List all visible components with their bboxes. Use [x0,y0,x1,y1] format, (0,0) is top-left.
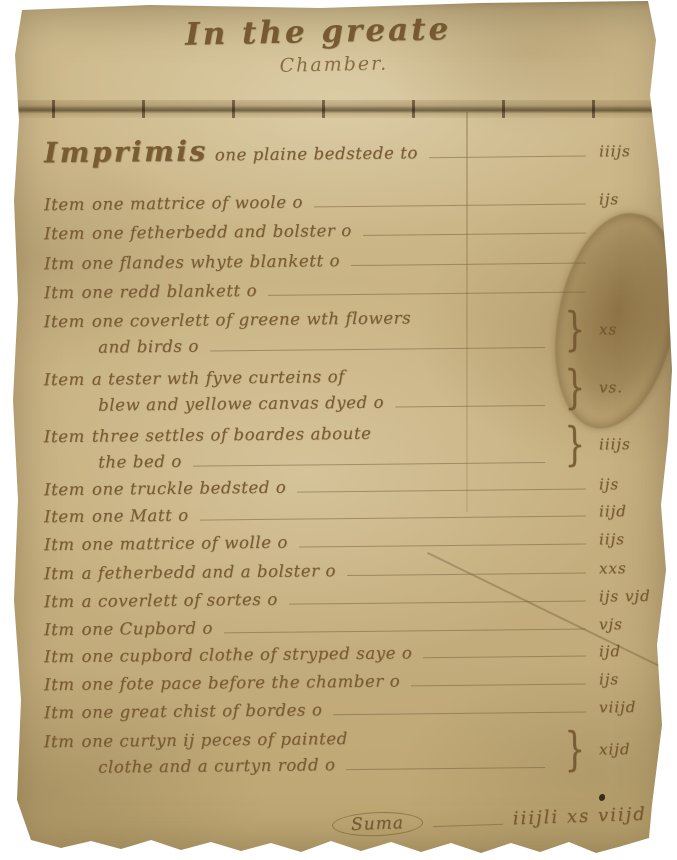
item-text: one flandes whyte blankett o [82,251,341,273]
leader-line [289,590,586,604]
item-lead-word: Itm [44,675,75,694]
item-text: one cupbord clothe of stryped saye o [82,643,413,665]
inventory-item-row: Itema tester wth fyve curteins ofblew an… [44,361,662,419]
inventory-item-row: Imprimisone plaine bedstede toiiijs [44,133,661,167]
item-value: iijs [599,530,661,549]
item-text: one fote pace before the chamber o [82,672,401,694]
leader-line [395,395,545,408]
item-text-block: Itemone coverlett of greene wth flowersa… [44,304,552,361]
item-text: three settles of boardes aboute [92,421,372,450]
item-lead-word: Itm [44,729,75,755]
item-lead-word: Itm [44,592,75,611]
item-value: vs. [599,378,661,397]
leader-line [299,533,586,547]
item-text: a fetherbedd and a bolster o [82,561,337,583]
leader-line [423,645,586,658]
item-text: one mattrice of woole o [92,193,303,214]
leader-line [433,814,503,828]
inventory-item-row: Itmone Cupbord ovjs [44,614,661,639]
item-text: and birds o [98,334,199,361]
item-text: one Matt o [92,506,189,526]
item-value: ijd [599,642,661,661]
item-value: viijd [599,698,661,717]
item-text: one coverlett of greene wth flowers [92,305,412,334]
item-text-line: blew and yellowe canvas dyed o [44,388,551,419]
inventory-item-row: Itemthree settles of boardes aboutethe b… [44,418,662,476]
inventory-item-row: Itemone Matt oiijd [44,501,661,526]
item-text-line: clothe and a curtyn rodd o [44,750,551,781]
leader-line [411,673,586,686]
brace-glyph: } [564,424,585,466]
brace-glyph: } [564,729,585,771]
inventory-item-row: Itemone mattrice of woole oijs [44,189,661,214]
leader-line [210,337,545,352]
item-text-block: Itemthree settles of boardes aboutethe b… [44,419,552,476]
leader-line [314,193,586,207]
stitched-seam [0,100,677,118]
item-text: one mattrice of wolle o [82,533,289,554]
inventory-item-row: Itmone curtyn ij peces of paintedclothe … [44,723,662,781]
leader-line [429,145,586,158]
inventory-item-row: Itmone fote pace before the chamber oijs [44,669,661,694]
item-text: one redd blankett o [82,281,258,302]
inventory-item-row: Itmone flandes whyte blankett o [44,248,661,273]
item-text: a tester wth fyve curteins of [92,364,345,393]
item-value: vjs [599,615,661,634]
inventory-item-row: Itemone truckle bedsted oijs [44,474,661,499]
item-lead-word: Item [44,224,85,243]
item-value: xs [599,320,661,339]
leader-line [363,222,586,236]
inventory-item-row: Itmone great chist of bordes oviijd [44,697,661,722]
item-value: ijs vjd [599,587,661,606]
item-text-line: and birds o [44,330,551,361]
item-lead-word: Itm [44,254,75,273]
item-value [599,292,661,293]
item-value: ijs [599,670,661,689]
item-lead-word: Item [44,309,85,335]
item-lead-word: Itm [44,703,75,722]
sum-label: Suma [332,811,424,838]
item-lead-word: Itm [44,620,75,639]
inventory-item-row: Itma coverlett of sortes oijs vjd [44,586,661,611]
leader-line [297,478,586,492]
inventory-item-row: Itemone coverlett of greene wth flowersa… [44,303,662,361]
item-lead-word: Imprimis [44,138,208,168]
item-text: one curtyn ij peces of painted [81,726,348,755]
inventory-item-row: Itemone fetherbedd and bolster o [44,218,661,243]
item-value [599,263,661,264]
item-value [599,233,661,234]
item-value: xxs [599,559,661,578]
item-value: ijs [599,190,661,209]
item-text-block: Itmone curtyn ij peces of paintedclothe … [44,724,552,781]
item-text-block: Itema tester wth fyve curteins ofblew an… [44,362,552,419]
item-value: iiijs [599,435,661,454]
item-text: clothe and a curtyn rodd o [98,752,336,780]
item-lead-word: Item [44,480,85,499]
brace-glyph: } [564,309,585,351]
page-heading: In the greate Chamber. [0,7,638,82]
brace-glyph: } [564,367,585,409]
manuscript-scan: In the greate Chamber. Imprimisone plain… [0,0,677,860]
item-text-line: the bed o [44,445,551,476]
item-value: iiijs [599,142,661,161]
item-text: one Cupbord o [82,618,214,638]
sum-row: Suma iiijli xs viijd [332,802,658,837]
inventory-item-row: Itmone mattrice of wolle oiijs [44,529,661,554]
ink-dot [599,794,605,801]
leader-line [268,281,586,296]
leader-line [346,757,545,770]
parchment-page: In the greate Chamber. Imprimisone plain… [0,0,677,860]
item-text: one plaine bedstede to [215,143,418,164]
inventory-item-row: Itma fetherbedd and a bolster oxxs [44,558,661,583]
leader-line [347,562,586,576]
item-lead-word: Itm [44,535,75,554]
item-lead-word: Itm [44,564,75,583]
item-value: iijd [599,502,661,521]
item-text: one fetherbedd and bolster o [92,221,352,243]
sum-value: iiijli xs viijd [512,804,647,830]
inventory-item-row: Itmone cupbord clothe of stryped saye oi… [44,641,661,666]
item-text: the bed o [98,449,182,476]
item-text: one truckle bedsted o [92,478,287,499]
item-lead-word: Itm [44,283,75,302]
item-value: xijd [599,740,661,759]
leader-line [200,505,586,520]
item-text: a coverlett of sortes o [82,590,278,611]
item-lead-word: Item [44,424,85,450]
item-text: one great chist of bordes o [82,700,323,722]
item-lead-word: Item [44,367,85,393]
leader-line [193,452,545,467]
leader-line [333,701,586,715]
leader-line [224,618,586,633]
item-lead-word: Item [44,507,85,526]
leader-line [351,252,586,266]
item-value: ijs [599,475,661,494]
item-lead-word: Itm [44,647,75,666]
item-text: blew and yellowe canvas dyed o [98,390,384,419]
item-lead-word: Item [44,195,85,214]
